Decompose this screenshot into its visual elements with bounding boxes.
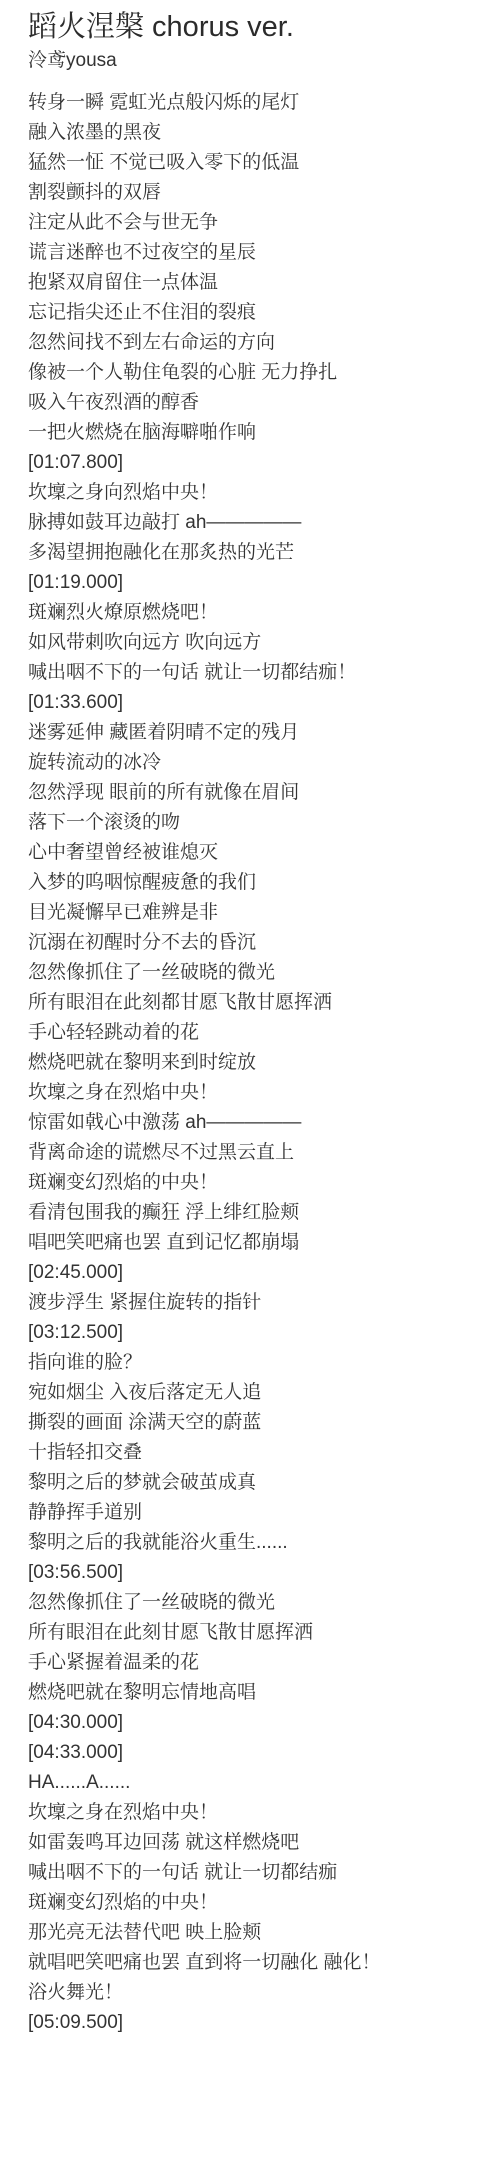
lyric-line: 心中奢望曾经被谁熄灭 xyxy=(28,838,490,868)
lyric-line: [03:56.500] xyxy=(28,1558,490,1588)
lyric-line: 多渴望拥抱融化在那炙热的光芒 xyxy=(28,538,490,568)
lyric-line: 手心轻轻跳动着的花 xyxy=(28,1018,490,1048)
lyrics-body: 转身一瞬 霓虹光点般闪烁的尾灯融入浓墨的黑夜猛然一怔 不觉已吸入零下的低温割裂颤… xyxy=(28,88,490,2038)
lyric-line: 抱紧双肩留住一点体温 xyxy=(28,268,490,298)
lyric-line: 燃烧吧就在黎明来到时绽放 xyxy=(28,1048,490,1078)
lyric-line: HA......A...... xyxy=(28,1768,490,1798)
lyric-line: [05:09.500] xyxy=(28,2008,490,2038)
lyric-line: 坎壈之身向烈焰中央！ xyxy=(28,478,490,508)
lyric-line: [01:19.000] xyxy=(28,568,490,598)
lyric-line: 落下一个滚烫的吻 xyxy=(28,808,490,838)
lyric-line: [01:33.600] xyxy=(28,688,490,718)
lyric-line: [01:07.800] xyxy=(28,448,490,478)
lyric-line: 坎壈之身在烈焰中央！ xyxy=(28,1798,490,1828)
lyric-line: 转身一瞬 霓虹光点般闪烁的尾灯 xyxy=(28,88,490,118)
lyric-line: 如雷轰鸣耳边回荡 就这样燃烧吧 xyxy=(28,1828,490,1858)
lyric-line: 旋转流动的冰冷 xyxy=(28,748,490,778)
lyric-line: 像被一个人勒住龟裂的心脏 无力挣扎 xyxy=(28,358,490,388)
lyric-line: 黎明之后的我就能浴火重生...... xyxy=(28,1528,490,1558)
lyric-line: 割裂颤抖的双唇 xyxy=(28,178,490,208)
lyric-line: 所有眼泪在此刻都甘愿飞散甘愿挥洒 xyxy=(28,988,490,1018)
lyric-line: [02:45.000] xyxy=(28,1258,490,1288)
lyric-line: 注定从此不会与世无争 xyxy=(28,208,490,238)
lyric-line: 忽然像抓住了一丝破晓的微光 xyxy=(28,958,490,988)
lyric-line: 黎明之后的梦就会破茧成真 xyxy=(28,1468,490,1498)
artist-name: 泠鸢yousa xyxy=(28,48,490,74)
lyric-line: 忽然间找不到左右命运的方向 xyxy=(28,328,490,358)
lyric-line: 猛然一怔 不觉已吸入零下的低温 xyxy=(28,148,490,178)
lyric-line: 斑斓烈火燎原燃烧吧！ xyxy=(28,598,490,628)
lyric-line: [04:30.000] xyxy=(28,1708,490,1738)
lyric-line: 看清包围我的癫狂 浮上绯红脸颊 xyxy=(28,1198,490,1228)
lyric-line: 脉搏如鼓耳边敲打 ah————— xyxy=(28,508,490,538)
lyric-line: 一把火燃烧在脑海噼啪作响 xyxy=(28,418,490,448)
lyric-line: 渡步浮生 紧握住旋转的指针 xyxy=(28,1288,490,1318)
lyric-line: 忽然浮现 眼前的所有就像在眉间 xyxy=(28,778,490,808)
lyric-line: 唱吧笑吧痛也罢 直到记忆都崩塌 xyxy=(28,1228,490,1258)
lyric-line: 沉溺在初醒时分不去的昏沉 xyxy=(28,928,490,958)
lyric-line: 融入浓墨的黑夜 xyxy=(28,118,490,148)
lyric-line: 谎言迷醉也不过夜空的星辰 xyxy=(28,238,490,268)
song-title: 蹈火涅槃 chorus ver. xyxy=(28,8,490,46)
lyric-line: 坎壈之身在烈焰中央！ xyxy=(28,1078,490,1108)
lyric-line: 吸入午夜烈酒的醇香 xyxy=(28,388,490,418)
lyric-line: 背离命途的谎燃尽不过黑云直上 xyxy=(28,1138,490,1168)
lyric-line: 惊雷如戟心中激荡 ah————— xyxy=(28,1108,490,1138)
lyric-line: 喊出咽不下的一句话 就让一切都结痂！ xyxy=(28,658,490,688)
lyric-line: 目光凝懈早已难辨是非 xyxy=(28,898,490,928)
lyric-line: 指向谁的脸？ xyxy=(28,1348,490,1378)
lyric-line: 静静挥手道别 xyxy=(28,1498,490,1528)
lyric-line: 喊出咽不下的一句话 就让一切都结痂 xyxy=(28,1858,490,1888)
lyric-line: 那光亮无法替代吧 映上脸颊 xyxy=(28,1918,490,1948)
lyric-line: [03:12.500] xyxy=(28,1318,490,1348)
lyric-line: 忽然像抓住了一丝破晓的微光 xyxy=(28,1588,490,1618)
lyric-line: 十指轻扣交叠 xyxy=(28,1438,490,1468)
lyric-line: 如风带刺吹向远方 吹向远方 xyxy=(28,628,490,658)
lyric-line: 撕裂的画面 涂满天空的蔚蓝 xyxy=(28,1408,490,1438)
lyric-line: 忘记指尖还止不住泪的裂痕 xyxy=(28,298,490,328)
lyric-line: [04:33.000] xyxy=(28,1738,490,1768)
lyric-line: 迷雾延伸 藏匿着阴晴不定的残月 xyxy=(28,718,490,748)
lyric-line: 浴火舞光！ xyxy=(28,1978,490,2008)
lyric-line: 入梦的呜咽惊醒疲惫的我们 xyxy=(28,868,490,898)
lyric-line: 斑斓变幻烈焰的中央！ xyxy=(28,1888,490,1918)
lyric-line: 燃烧吧就在黎明忘情地高唱 xyxy=(28,1678,490,1708)
lyric-line: 宛如烟尘 入夜后落定无人追 xyxy=(28,1378,490,1408)
lyric-line: 斑斓变幻烈焰的中央！ xyxy=(28,1168,490,1198)
lyric-line: 就唱吧笑吧痛也罢 直到将一切融化 融化！ xyxy=(28,1948,490,1978)
lyrics-page: 蹈火涅槃 chorus ver. 泠鸢yousa 转身一瞬 霓虹光点般闪烁的尾灯… xyxy=(0,0,500,2170)
lyric-line: 所有眼泪在此刻甘愿飞散甘愿挥洒 xyxy=(28,1618,490,1648)
lyric-line: 手心紧握着温柔的花 xyxy=(28,1648,490,1678)
